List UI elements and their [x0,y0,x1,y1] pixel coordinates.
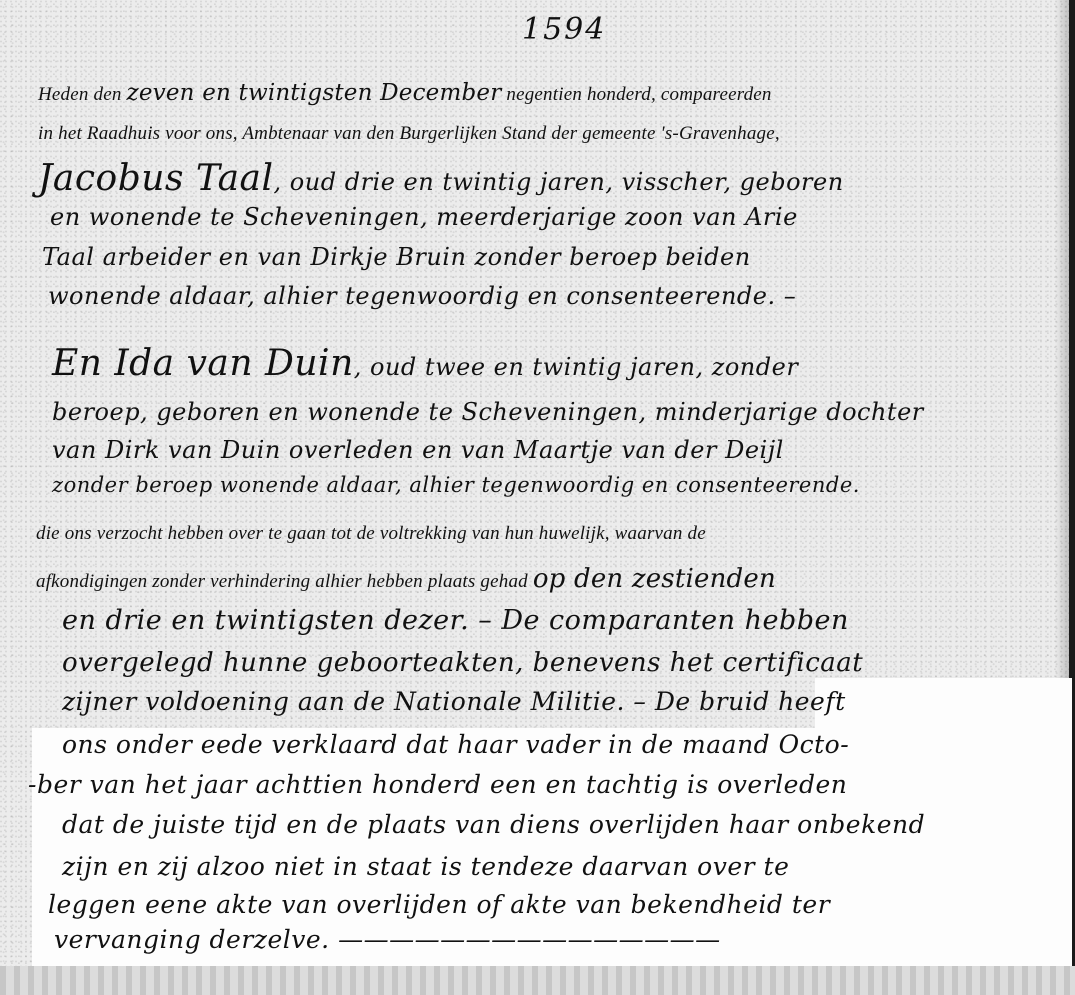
printed-text: afkondigingen zonder verhindering alhier… [36,571,533,592]
pasted-annotation-region-top [815,678,1072,730]
record-line-2: in het Raadhuis voor ons, Ambtenaar van … [38,123,780,145]
handwritten-dates: op den zestienden [533,564,776,594]
printed-text: die ons verzocht hebben over te gaan tot… [36,523,706,544]
handwritten-text: Taal arbeider en van Dirkje Bruin zonder… [42,243,751,271]
handwritten-text: zijner voldoening aan de Nationale Milit… [62,687,846,716]
printed-text: in het Raadhuis voor ons, Ambtenaar van … [38,123,780,144]
printed-text: Heden den [38,84,127,105]
record-line-5: Taal arbeider en van Dirkje Bruin zonder… [42,243,751,271]
record-line-6: wonende aldaar, alhier tegenwoordig en c… [48,282,796,310]
record-line-7: En Ida van Duin, oud twee en twintig jar… [52,343,798,384]
handwritten-text: overgelegd hunne geboorteakten, benevens… [62,648,863,678]
page-bottom-edge [0,966,1075,995]
handwritten-text: zijn en zij alzoo niet in staat is tende… [62,852,789,881]
handwritten-text: vervanging derzelve. ——————————————— [54,925,721,954]
handwritten-text: en wonende te Scheveningen, meerderjarig… [50,203,798,231]
handwritten-text: zonder beroep wonende aldaar, alhier teg… [52,473,860,497]
record-line-20: leggen eene akte van overlijden of akte … [48,890,830,919]
handwritten-text: en drie en twintigsten dezer. – De compa… [62,605,849,636]
record-line-14: overgelegd hunne geboorteakten, benevens… [62,648,863,678]
record-line-8: beroep, geboren en wonende te Schevening… [52,398,924,426]
record-line-3: Jacobus Taal, oud drie en twintig jaren,… [38,158,844,199]
record-line-19: zijn en zij alzoo niet in staat is tende… [62,852,789,881]
handwritten-text: wonende aldaar, alhier tegenwoordig en c… [48,282,796,310]
page-number: 1594 [522,12,606,47]
record-line-18: dat de juiste tijd en de plaats van dien… [62,810,925,839]
handwritten-text: , oud drie en twintig jaren, visscher, g… [274,168,844,196]
printed-text: negentien honderd, compareerden [501,84,771,105]
record-line-16: ons onder eede verklaard dat haar vader … [62,730,849,759]
record-line-15: zijner voldoening aan de Nationale Milit… [62,687,846,716]
handwritten-text: van Dirk van Duin overleden en van Maart… [52,436,784,464]
handwritten-text: leggen eene akte van overlijden of akte … [48,890,830,919]
handwritten-date: zeven en twintigsten December [127,80,502,106]
handwritten-text: dat de juiste tijd en de plaats van dien… [62,810,925,839]
record-line-10: zonder beroep wonende aldaar, alhier teg… [52,473,860,497]
handwritten-text: , oud twee en twintig jaren, zonder [354,353,799,381]
record-line-9: van Dirk van Duin overleden en van Maart… [52,436,784,464]
handwritten-text: ons onder eede verklaard dat haar vader … [62,730,849,759]
record-line-4: en wonende te Scheveningen, meerderjarig… [50,203,798,231]
record-line-11: die ons verzocht hebben over te gaan tot… [36,523,706,545]
groom-name: Jacobus Taal [38,158,274,199]
record-line-1: Heden den zeven en twintigsten December … [38,80,772,106]
record-line-17: -ber van het jaar achttien honderd een e… [28,770,847,799]
record-line-13: en drie en twintigsten dezer. – De compa… [62,605,849,636]
handwritten-text: beroep, geboren en wonende te Schevening… [52,398,924,426]
handwritten-text: -ber van het jaar achttien honderd een e… [28,770,847,799]
record-line-12: afkondigingen zonder verhindering alhier… [36,564,776,594]
bride-name: En Ida van Duin [52,343,354,384]
record-line-21: vervanging derzelve. ——————————————— [54,925,721,954]
